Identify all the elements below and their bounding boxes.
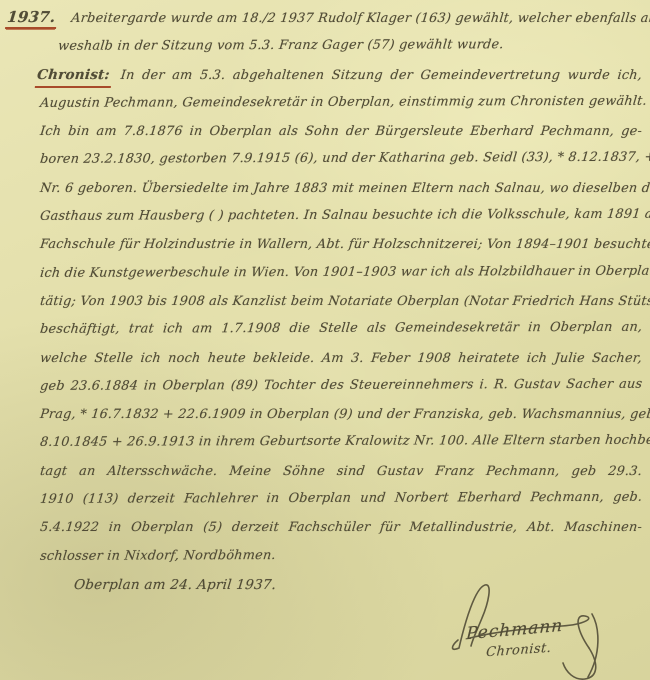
line-text: 8.10.1845 + 26.9.1913 in ihrem Geburtsor… — [39, 433, 650, 450]
manuscript-line: Ich bin am 7.8.1876 in Oberplan als Sohn… — [0, 118, 650, 146]
manuscript-line: Nr. 6 geboren. Übersiedelte im Jahre 188… — [0, 175, 650, 203]
manuscript-line: Prag, * 16.7.1832 + 22.6.1909 in Oberpla… — [0, 401, 650, 429]
manuscript-line: 8.10.1845 + 26.9.1913 in ihrem Geburtsor… — [0, 427, 650, 458]
line-text: boren 23.2.1830, gestorben 7.9.1915 (6),… — [39, 150, 650, 167]
line-text: Prag, * 16.7.1832 + 22.6.1909 in Oberpla… — [39, 407, 650, 422]
line-text: schlosser in Nixdorf, Nordböhmen. — [39, 548, 276, 564]
manuscript-line: welche Stelle ich noch heute bekleide. A… — [0, 345, 650, 373]
line-text: geb 23.6.1884 in Oberplan (89) Tochter d… — [39, 377, 643, 394]
line-text: weshalb in der Sitzung vom 5.3. Franz Ga… — [57, 38, 504, 55]
manuscript-line: Chronist:In der am 5.3. abgehaltenen Sit… — [0, 62, 650, 90]
line-text: Nr. 6 geboren. Übersiedelte im Jahre 188… — [39, 181, 650, 196]
line-text: beschäftigt, trat ich am 1.7.1908 die St… — [39, 320, 643, 337]
line-text: Fachschule für Holzindustrie in Wallern,… — [39, 237, 650, 252]
manuscript-line: beschäftigt, trat ich am 1.7.1908 die St… — [0, 314, 650, 345]
line-text: Augustin Pechmann, Gemeindesekretär in O… — [39, 94, 647, 111]
line-text: tagt an Altersschwäche. Meine Söhne sind… — [39, 464, 643, 479]
manuscript-line: Fachschule für Holzindustrie in Wallern,… — [0, 231, 650, 259]
dateline-text: Oberplan am 24. April 1937. — [73, 577, 277, 593]
manuscript-line: weshalb in der Sitzung vom 5.3. Franz Ga… — [0, 31, 650, 62]
manuscript-line: boren 23.2.1830, gestorben 7.9.1915 (6),… — [0, 144, 650, 175]
line-text: 1910 (113) derzeit Fachlehrer in Oberpla… — [39, 490, 643, 507]
manuscript-line: 5.4.1922 in Oberplan (5) derzeit Fachsch… — [0, 514, 650, 542]
line-text: ich die Kunstgewerbeschule in Wien. Von … — [39, 263, 650, 280]
line-text: In der am 5.3. abgehaltenen Sitzung der … — [120, 68, 643, 83]
manuscript-line: tagt an Altersschwäche. Meine Söhne sind… — [0, 458, 650, 486]
chronist-heading: Chronist: — [35, 65, 113, 88]
manuscript-line: tätig; Von 1903 bis 1908 als Kanzlist be… — [0, 288, 650, 316]
line-text: Arbeitergarde wurde am 18./2 1937 Rudolf… — [71, 11, 650, 26]
manuscript-line: Augustin Pechmann, Gemeindesekretär in O… — [0, 88, 650, 119]
line-text: Gasthaus zum Hausberg ( ) pachteten. In … — [39, 207, 650, 224]
manuscript-line: 1910 (113) derzeit Fachlehrer in Oberpla… — [0, 484, 650, 515]
manuscript-line: 1937.Arbeitergarde wurde am 18./2 1937 R… — [0, 5, 650, 33]
signature-block: Pechmann Chronist. — [442, 580, 642, 680]
line-text: welche Stelle ich noch heute bekleide. A… — [39, 351, 643, 366]
line-text: tätig; Von 1903 bis 1908 als Kanzlist be… — [39, 294, 650, 309]
line-text: Ich bin am 7.8.1876 in Oberplan als Sohn… — [39, 124, 643, 139]
manuscript-line: geb 23.6.1884 in Oberplan (89) Tochter d… — [0, 371, 650, 402]
manuscript-line: Gasthaus zum Hausberg ( ) pachteten. In … — [0, 201, 650, 232]
margin-year: 1937. — [5, 7, 59, 29]
manuscript-page: 1937.Arbeitergarde wurde am 18./2 1937 R… — [0, 0, 650, 680]
manuscript-line: schlosser in Nixdorf, Nordböhmen. — [0, 540, 650, 571]
line-text: 5.4.1922 in Oberplan (5) derzeit Fachsch… — [39, 520, 643, 535]
manuscript-line: ich die Kunstgewerbeschule in Wien. Von … — [0, 257, 650, 288]
